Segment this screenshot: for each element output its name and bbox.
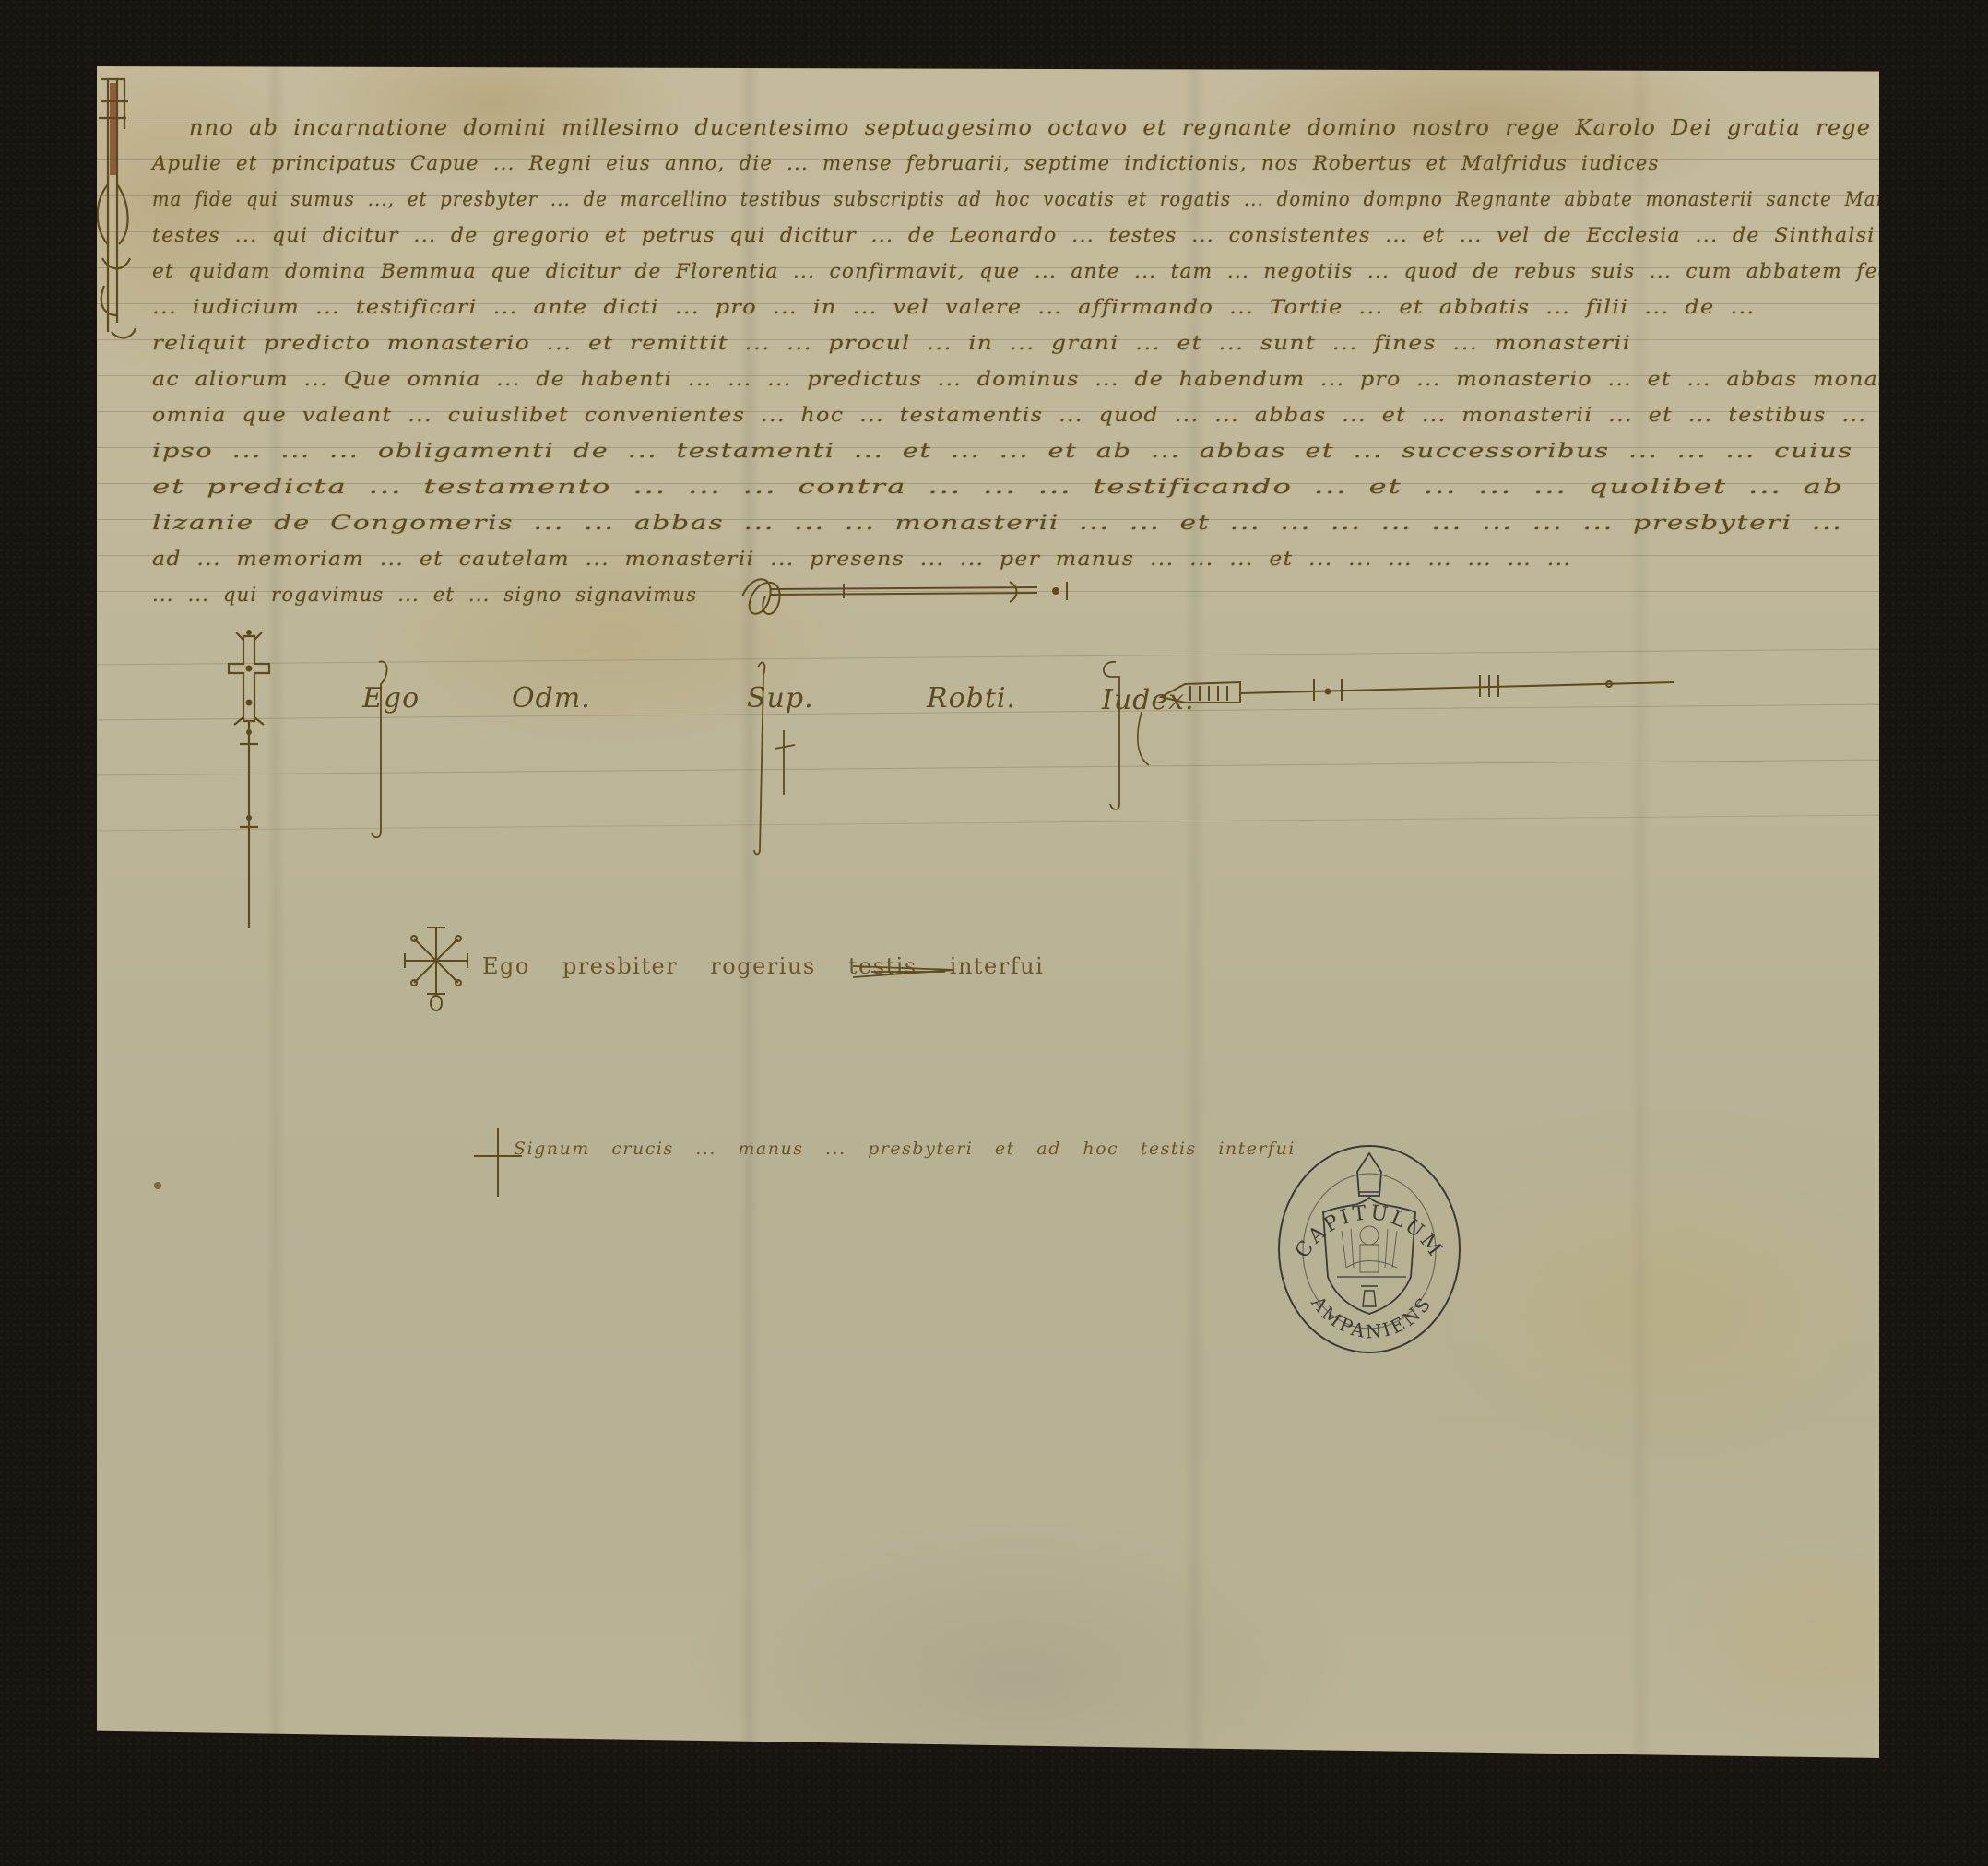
signum-subscription: Signum crucis ... manus ... presbyteri e…	[514, 1139, 1296, 1159]
subscription-odm: Odm.	[512, 682, 591, 715]
signum-cross-icon	[212, 629, 286, 933]
initial-letter-icon	[91, 74, 147, 350]
notarial-flourish-icon	[733, 569, 1083, 624]
charter-line: ma fide qui sumus ..., et presbyter ... …	[152, 188, 1988, 210]
charter-line: et quidam domina Bemmua que dicitur de F…	[152, 260, 1907, 282]
subscription-robti: Robti.	[927, 682, 1016, 715]
flourish-icon	[353, 656, 390, 841]
charter-line: Apulie et principatus Capue ... Regni ei…	[152, 152, 1660, 174]
charter-line: ... iudicium ... testificari ... ante di…	[152, 296, 1755, 318]
notarial-flourish-icon	[1157, 667, 1747, 714]
charter-line: ... ... qui rogavimus ... et ... signo s…	[152, 584, 697, 606]
parchment-sheet: nno ab incarnatione domini millesimo duc…	[97, 66, 1879, 1758]
charter-line: ad ... memoriam ... et cautelam ... mona…	[152, 548, 1571, 570]
charter-line: nno ab incarnatione domini millesimo duc…	[189, 116, 1988, 140]
chrismon-icon	[399, 922, 473, 1014]
charter-line: lizanie de Congomeris ... ... abbas ... …	[152, 512, 1842, 534]
svg-text:CAPITULUM: CAPITULUM	[1291, 1201, 1448, 1262]
flourish-icon	[1097, 656, 1153, 813]
flourish-icon	[747, 656, 802, 859]
charter-line: omnia que valeant ... cuiuslibet conveni…	[152, 404, 1911, 426]
charter-line: reliquit predicto monasterio ... et remi…	[152, 332, 1631, 354]
charter-line: testes ... qui dicitur ... de gregorio e…	[152, 224, 1986, 246]
charter-line: ac aliorum ... Que omnia ... de habenti …	[152, 368, 1943, 390]
signum-cross-icon	[470, 1127, 526, 1200]
chapter-stamp-icon: CAPITULUM CAMPANIENSE	[1272, 1139, 1466, 1355]
ink-spot	[154, 1182, 161, 1189]
charter-line: ipso ... ... ... obligamenti de ... test…	[152, 440, 1853, 462]
charter-line: et predicta ... testamento ... ... ... c…	[152, 476, 1844, 498]
flourish-icon	[853, 957, 964, 985]
stamp-text-top: CAPITULUM	[1291, 1201, 1448, 1262]
